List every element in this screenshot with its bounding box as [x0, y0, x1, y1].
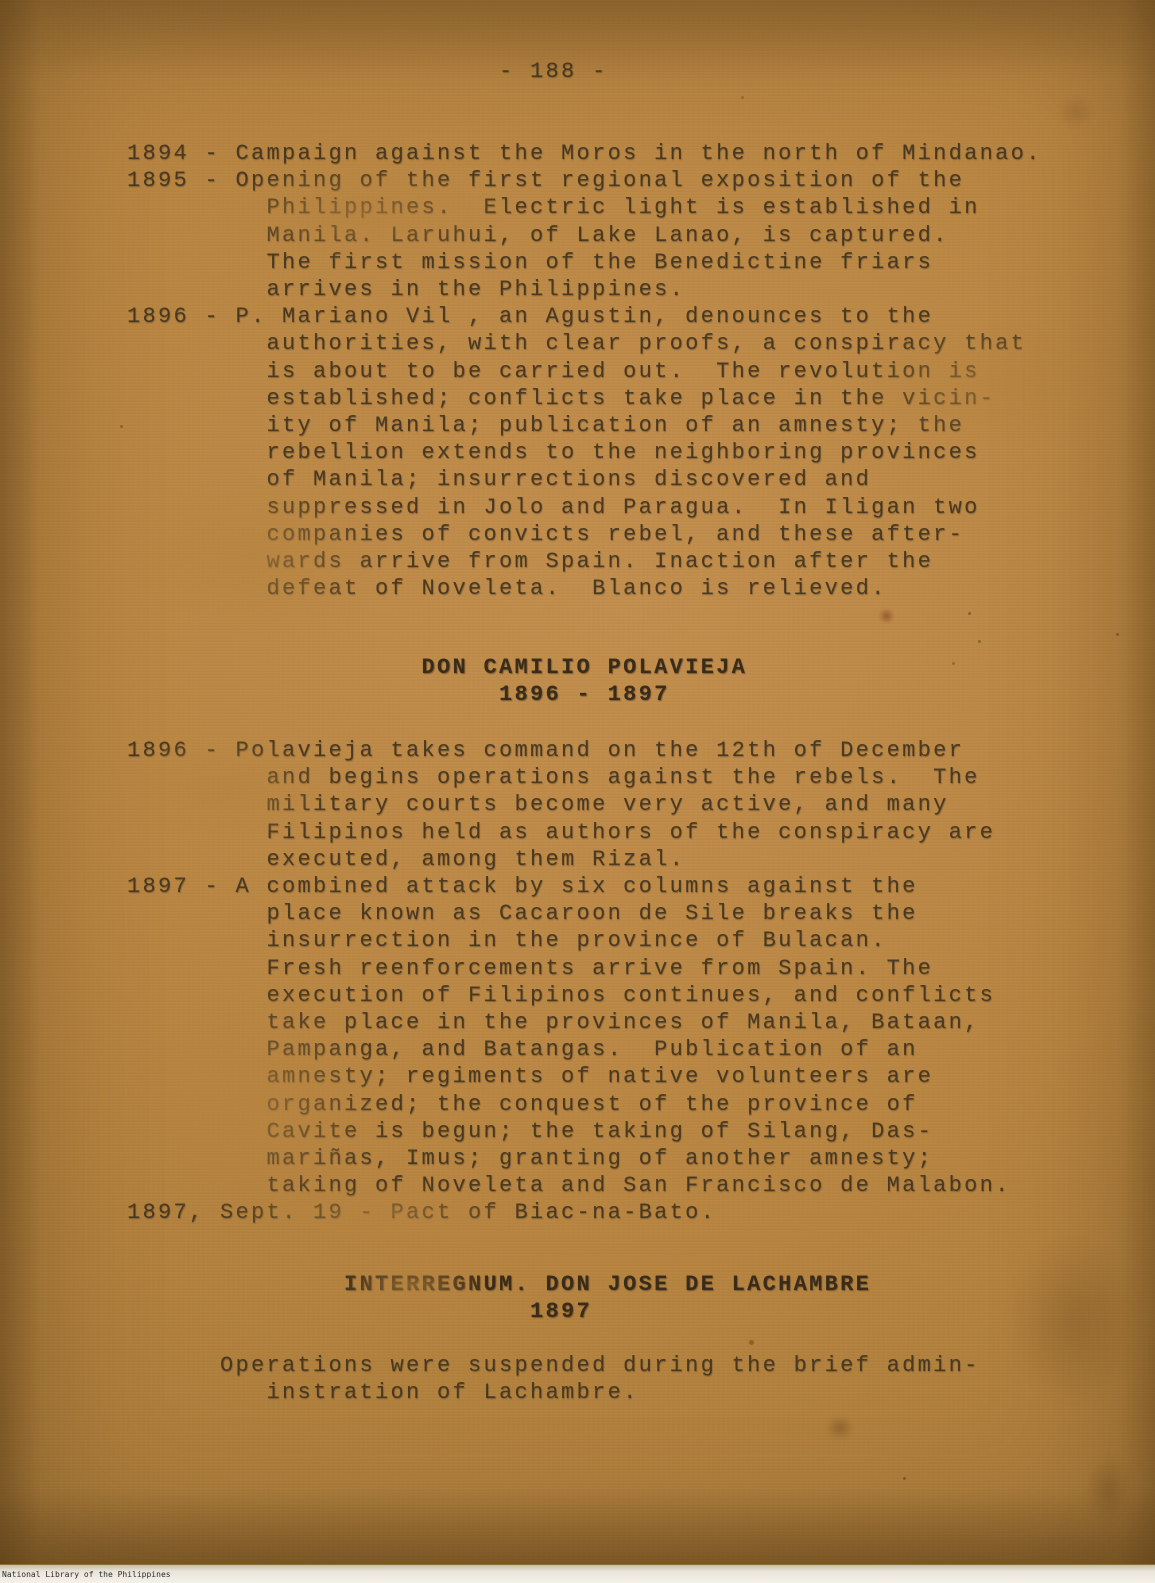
scan-footer-strip: National Library of the Philippines: [0, 1564, 1155, 1583]
library-attribution: National Library of the Philippines: [2, 1570, 171, 1579]
section-heading-lachambre: INTERREGNUM. DON JOSE DE LACHAMBRE 1897: [127, 1271, 871, 1325]
section-heading-polavieja: DON CAMILIO POLAVIEJA 1896 - 1897: [127, 654, 747, 708]
page-number: - 188 -: [127, 58, 608, 85]
chronology-blanco-entries: 1894 - Campaign against the Moros in the…: [127, 140, 1042, 602]
chronology-polavieja-entries: 1896 - Polavieja takes command on the 12…: [127, 737, 1011, 1227]
paragraph-lachambre: Operations were suspended during the bri…: [127, 1352, 980, 1406]
